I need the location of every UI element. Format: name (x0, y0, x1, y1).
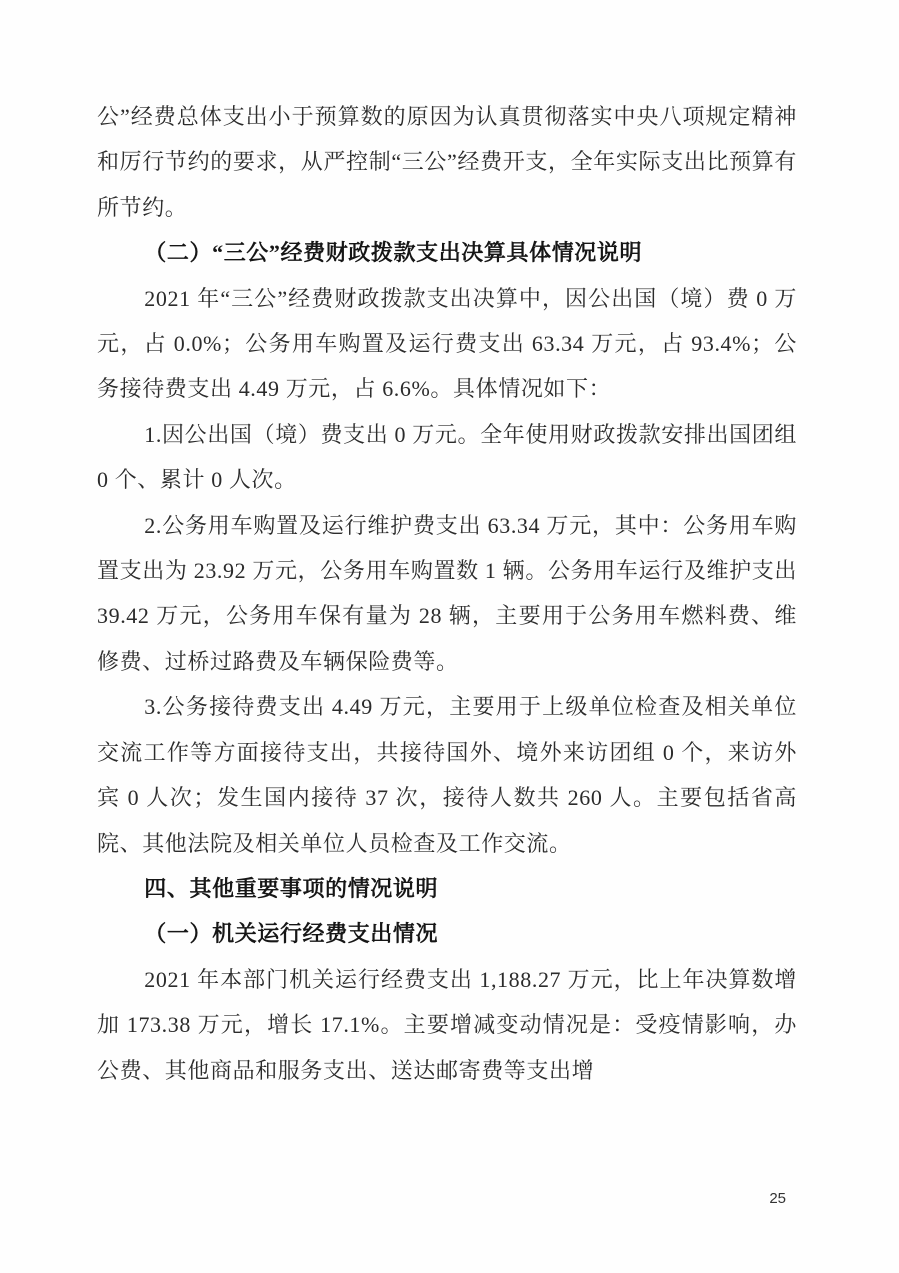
paragraph: 公”经费总体支出小于预算数的原因为认真贯彻落实中央八项规定精神和厉行节约的要求，… (97, 94, 797, 230)
document-body: 公”经费总体支出小于预算数的原因为认真贯彻落实中央八项规定精神和厉行节约的要求，… (97, 94, 797, 1093)
paragraph: 1.因公出国（境）费支出 0 万元。全年使用财政拨款安排出国团组 0 个、累计 … (97, 412, 797, 503)
document-page: 公”经费总体支出小于预算数的原因为认真贯彻落实中央八项规定精神和厉行节约的要求，… (0, 0, 899, 1273)
section-heading: （一）机关运行经费支出情况 (97, 911, 797, 956)
section-heading: 四、其他重要事项的情况说明 (97, 866, 797, 911)
paragraph: 2021 年“三公”经费财政拨款支出决算中，因公出国（境）费 0 万元，占 0.… (97, 276, 797, 412)
page-number: 25 (769, 1190, 786, 1207)
section-heading: （二）“三公”经费财政拨款支出决算具体情况说明 (97, 230, 797, 275)
paragraph: 2.公务用车购置及运行维护费支出 63.34 万元，其中：公务用车购置支出为 2… (97, 503, 797, 685)
paragraph: 2021 年本部门机关运行经费支出 1,188.27 万元，比上年决算数增加 1… (97, 957, 797, 1093)
paragraph: 3.公务接待费支出 4.49 万元，主要用于上级单位检查及相关单位交流工作等方面… (97, 684, 797, 866)
